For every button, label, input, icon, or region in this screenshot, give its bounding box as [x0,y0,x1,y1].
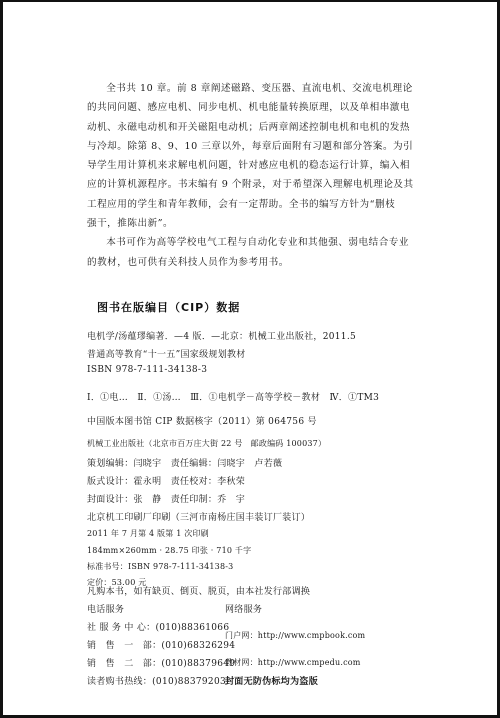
standard-isbn-line: 标准书号：ISBN 978-7-111-34138-3 [87,561,233,572]
intro-line: 的共同问题、感应电机、同步电机、机电能量转换原理，以及单相串激电 [87,98,439,117]
cip-title: 图书在版编目（CIP）数据 [97,299,240,315]
intro-line: 应的计算机源程序。书末编有 9 个附录，对于希望深入理解电机理论及其 [87,175,439,194]
printer-line: 北京机工印刷厂印刷（三河市南杨庄国丰装订厂装订） [87,510,310,523]
book-introduction: 全书共 10 章。前 8 章阐述磁路、变压器、直流电机、交流电机理论 的共同问题… [87,79,439,272]
cip-classification: Ⅰ．①电… Ⅱ．①汤… Ⅲ．①电机学－高等学校－教材 Ⅳ．①TM3 [87,390,379,403]
phone-sales-dept-1: 销 售 一 部：(010)68326294 [87,638,235,651]
cover-print-line: 封面设计：张 静 责任印制：乔 宇 [87,492,245,505]
phone-reader-hotline: 读者购书热线：(010)88379203 [87,674,226,687]
textbook-website-link[interactable]: 教材网：http://www.cmpedu.com [225,657,361,668]
intro-line: 全书共 10 章。前 8 章阐述磁路、变压器、直流电机、交流电机理论 [87,79,439,98]
intro-line: 的教材，也可供有关科技人员作为参考用书。 [87,253,439,272]
intro-line: 与冷却。除第 8、9、10 三章以外，每章后面附有习题和部分答案。为引 [87,137,439,156]
intro-line: 本书可作为高等学校电气工程与自动化专业和其他强、弱电结合专业 [87,233,439,252]
edition-line: 2011 年 7 月第 4 版第 1 次印刷 [87,528,209,539]
cip-isbn: ISBN 978-7-111-34138-3 [87,365,207,375]
cip-bibliographic-line: 电机学/汤蕴璆编著．—4 版．—北京：机械工业出版社，2011.5 [87,329,356,342]
intro-line: 强干，推陈出新”。 [87,214,439,233]
editors-line: 策划编辑：闫晓宇 责任编辑：闫晓宇 卢若薇 [87,456,282,469]
phone-sales-dept-2: 销 售 二 部：(010)88379649 [87,656,235,669]
layout-proof-line: 版式设计：霍永明 责任校对：李秋荣 [87,474,245,487]
cip-library-number: 中国版本图书馆 CIP 数据核字（2011）第 064756 号 [87,414,317,427]
intro-paragraph-1: 全书共 10 章。前 8 章阐述磁路、变压器、直流电机、交流电机理论 的共同问题… [87,79,439,233]
intro-line: 工程应用的学生和青年教师，会有一定帮助。全书的编写方针为“删枝 [87,195,439,214]
intro-line: 动机、永磁电动机和开关磁阻电动机；后两章阐述控制电机和电机的发热 [87,118,439,137]
phone-service-header: 电话服务 [87,602,124,615]
intro-paragraph-2: 本书可作为高等学校电气工程与自动化专业和其他强、弱电结合专业 的教材，也可供有关… [87,233,439,272]
intro-line: 导学生用计算机来求解电机问题，针对感应电机的稳态运行计算，编入相 [87,156,439,175]
format-line: 184mm×260mm · 28.75 印张 · 710 千字 [87,545,251,556]
copyright-page: 全书共 10 章。前 8 章阐述磁路、变压器、直流电机、交流电机理论 的共同问题… [0,0,500,718]
cip-series-line: 普通高等教育“十一五”国家级规划教材 [87,347,246,360]
web-service-header: 网络服务 [225,602,262,615]
anti-counterfeit-notice: 封面无防伪标均为盗版 [225,674,318,687]
publisher-address: 机械工业出版社（北京市百万庄大街 22 号 邮政编码 100037） [87,438,326,449]
phone-service-center: 社 服 务 中 心：(010)88361066 [87,620,229,633]
service-notice: 凡购本书，如有缺页、倒页、脱页，由本社发行部调换 [87,584,310,597]
portal-website-link[interactable]: 门户网：http://www.cmpbook.com [225,630,365,641]
